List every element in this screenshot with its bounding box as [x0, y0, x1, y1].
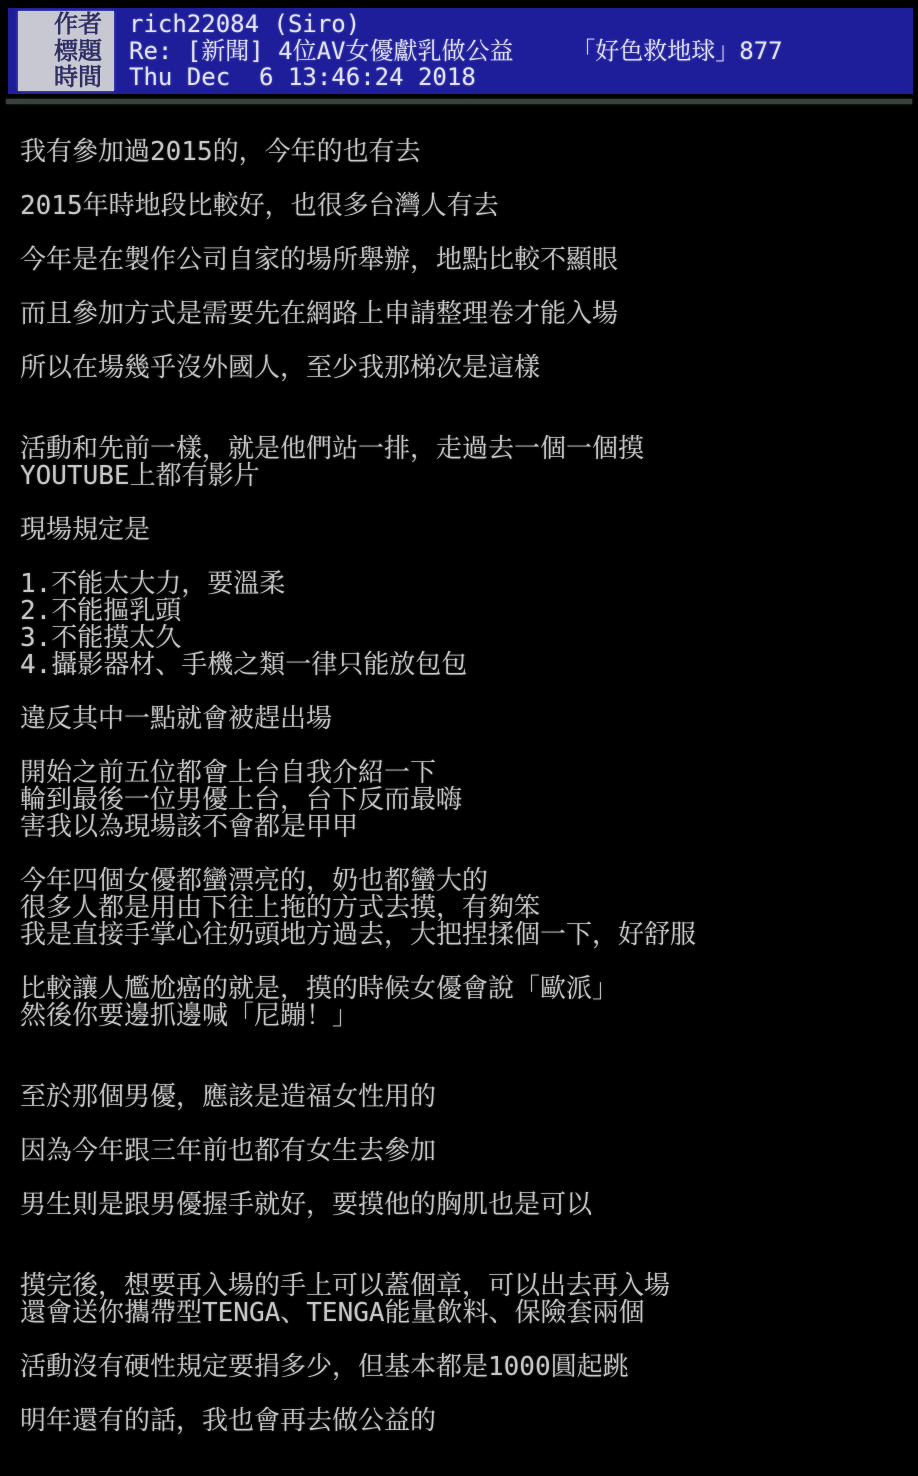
body-line: 很多人都是用由下往上拖的方式去摸，有夠笨 — [0, 895, 918, 922]
body-line — [0, 274, 918, 301]
body-line — [0, 490, 918, 517]
body-line — [0, 949, 918, 976]
body-line — [0, 1165, 918, 1192]
body-line — [0, 679, 918, 706]
header-field-label: 時間 — [18, 64, 114, 91]
body-line: 2.不能摳乳頭 — [0, 598, 918, 625]
body-line — [0, 841, 918, 868]
header-field-value: Thu Dec 6 13:46:24 2018 — [129, 64, 909, 91]
body-line: 摸完後，想要再入場的手上可以蓋個章，可以出去再入場 — [0, 1273, 918, 1300]
ptt-article-window: 作者標題時間 rich22084 (Siro)Re: [新聞] 4位AV女優獻乳… — [0, 0, 918, 1476]
body-line — [0, 1111, 918, 1138]
header-label-box: 作者標題時間 — [18, 11, 114, 91]
body-line — [0, 409, 918, 436]
body-line: 今年是在製作公司自家的場所舉辦，地點比較不顯眼 — [0, 247, 918, 274]
body-line: YOUTUBE上都有影片 — [0, 463, 918, 490]
header-field-value: rich22084 (Siro) — [129, 11, 909, 38]
body-line — [0, 328, 918, 355]
body-line: 明年還有的話，我也會再去做公益的 — [0, 1408, 918, 1435]
header-field-label: 作者 — [18, 11, 114, 38]
body-line — [0, 382, 918, 409]
body-line: 2015年時地段比較好，也很多台灣人有去 — [0, 193, 918, 220]
body-line — [0, 1219, 918, 1246]
body-line: 而且參加方式是需要先在網路上申請整理卷才能入場 — [0, 301, 918, 328]
body-line: 4.攝影器材、手機之類一律只能放包包 — [0, 652, 918, 679]
header-values: rich22084 (Siro)Re: [新聞] 4位AV女優獻乳做公益 「好色… — [129, 11, 909, 91]
body-line — [0, 166, 918, 193]
body-line: 活動沒有硬性規定要捐多少，但基本都是1000圓起跳 — [0, 1354, 918, 1381]
body-line: 男生則是跟男優握手就好，要摸他的胸肌也是可以 — [0, 1192, 918, 1219]
body-line: 開始之前五位都會上台自我介紹一下 — [0, 760, 918, 787]
body-line: 違反其中一點就會被趕出場 — [0, 706, 918, 733]
body-line: 比較讓人尷尬癌的就是，摸的時候女優會說「歐派」 — [0, 976, 918, 1003]
body-line: 然後你要邊抓邊喊「尼蹦！」 — [0, 1003, 918, 1030]
body-line — [0, 220, 918, 247]
body-line — [0, 1327, 918, 1354]
body-line — [0, 1381, 918, 1408]
body-line: 還會送你攜帶型TENGA、TENGA能量飲料、保險套兩個 — [0, 1300, 918, 1327]
body-line: 我是直接手掌心往奶頭地方過去，大把捏揉個一下，好舒服 — [0, 922, 918, 949]
body-line: 所以在場幾乎沒外國人，至少我那梯次是這樣 — [0, 355, 918, 382]
body-line: 至於那個男優，應該是造福女性用的 — [0, 1084, 918, 1111]
body-line: 今年四個女優都蠻漂亮的，奶也都蠻大的 — [0, 868, 918, 895]
body-line — [0, 1057, 918, 1084]
body-line: 1.不能太大力，要溫柔 — [0, 571, 918, 598]
body-line: 活動和先前一樣，就是他們站一排，走過去一個一個摸 — [0, 436, 918, 463]
body-line — [0, 544, 918, 571]
header-field-value: Re: [新聞] 4位AV女優獻乳做公益 「好色救地球」877 — [129, 38, 909, 65]
post-body: 我有參加過2015的，今年的也有去2015年時地段比較好，也很多台灣人有去今年是… — [0, 139, 918, 1476]
body-line: 因為今年跟三年前也都有女生去參加 — [0, 1138, 918, 1165]
body-line: 害我以為現場該不會都是甲甲 — [0, 814, 918, 841]
header-separator — [6, 99, 912, 104]
body-line — [0, 733, 918, 760]
body-line: 現場規定是 — [0, 517, 918, 544]
body-line — [0, 1246, 918, 1273]
body-line: 3.不能摸太久 — [0, 625, 918, 652]
body-line: 輪到最後一位男優上台，台下反而最嗨 — [0, 787, 918, 814]
article-header: 作者標題時間 rich22084 (Siro)Re: [新聞] 4位AV女優獻乳… — [8, 8, 913, 94]
header-field-label: 標題 — [18, 38, 114, 65]
body-line — [0, 1030, 918, 1057]
body-line: 我有參加過2015的，今年的也有去 — [0, 139, 918, 166]
